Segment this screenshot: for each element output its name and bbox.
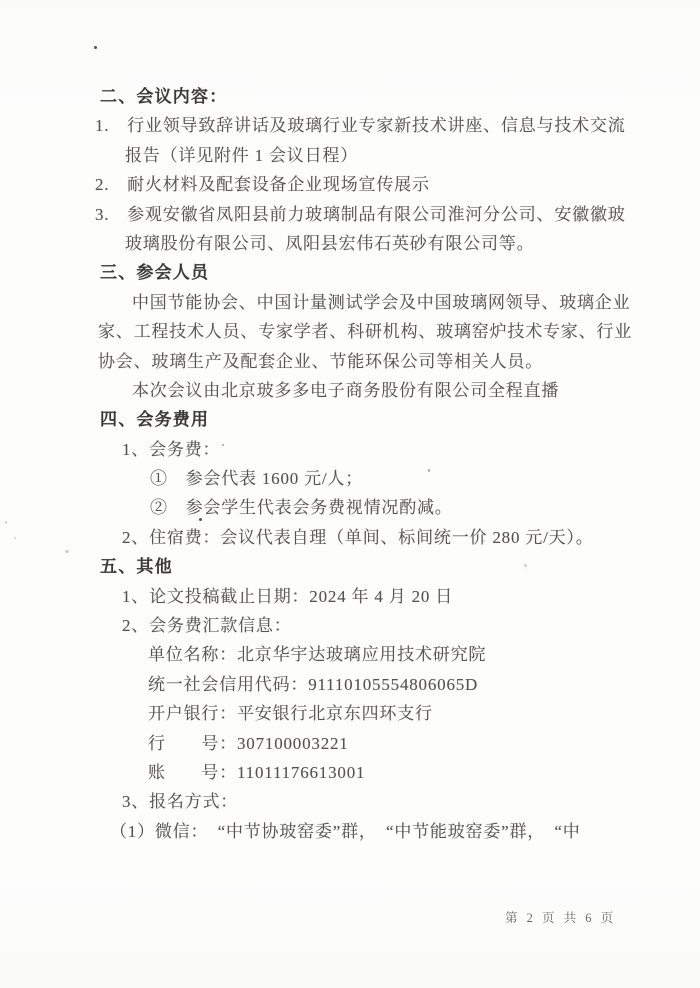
scan-speckle <box>428 469 430 472</box>
document-line: 2. 耐火材料及配套设备企业现场宣传展示 <box>95 170 700 199</box>
document-line: 3、报名方式： <box>122 787 700 816</box>
document-line: 报告（详见附件 1 会议日程） <box>125 141 700 170</box>
document-line: ① 参会代表 1600 元/人； <box>150 464 700 493</box>
scan-speckle <box>483 540 485 542</box>
document-line: 玻璃股份有限公司、凤阳县宏伟石英砂有限公司等。 <box>125 229 700 258</box>
document-line: （1）微信： “中节协玻窑委”群， “中节能玻窑委”群， “中 <box>110 817 700 846</box>
scan-speckle <box>14 537 16 539</box>
scan-speckle <box>65 550 69 553</box>
document-line: 三、参会人员 <box>100 258 700 287</box>
document-line: 统一社会信用代码：91110105554806065D <box>148 670 700 699</box>
document-line: 1. 行业领导致辞讲话及玻璃行业专家新技术讲座、信息与技术交流 <box>95 111 700 140</box>
document-body: 二、会议内容：1. 行业领导致辞讲话及玻璃行业专家新技术讲座、信息与技术交流报告… <box>0 82 700 846</box>
document-line: 2、会务费汇款信息： <box>122 611 700 640</box>
document-line: 行 号：307100003221 <box>148 729 700 758</box>
scan-speckle <box>5 521 7 524</box>
document-line: ② 参会学生代表会务费视情况酌减。 <box>150 493 700 522</box>
document-line: 单位名称：北京华宇达玻璃应用技术研究院 <box>148 640 700 669</box>
document-line: 3. 参观安徽省凤阳县前力玻璃制品有限公司淮河分公司、安徽徽玻 <box>95 200 700 229</box>
document-line: 五、其他 <box>100 552 700 581</box>
document-line: 四、会务费用 <box>100 405 700 434</box>
document-line: 中国节能协会、中国计量测试学会及中国玻璃网领导、玻璃企业 <box>132 288 700 317</box>
scan-speckle <box>199 518 202 521</box>
document-line: 2、住宿费：会议代表自理（单间、标间统一价 280 元/天）。 <box>122 523 700 552</box>
document-line: 1、会务费： <box>122 435 700 464</box>
document-line: 本次会议由北京玻多多电子商务股份有限公司全程直播 <box>132 376 700 405</box>
document-line: 家、工程技术人员、专家学者、科研机构、玻璃窑炉技术专家、行业 <box>98 317 700 346</box>
scan-speckle <box>94 46 97 49</box>
document-line: 二、会议内容： <box>100 82 700 111</box>
scanned-document-page: 二、会议内容：1. 行业领导致辞讲话及玻璃行业专家新技术讲座、信息与技术交流报告… <box>0 0 700 988</box>
document-line: 协会、玻璃生产及配套企业、节能环保公司等相关人员。 <box>98 347 700 376</box>
document-line: 1、论文投稿截止日期：2024 年 4 月 20 日 <box>122 582 700 611</box>
page-number: 第 2 页 共 6 页 <box>505 908 616 926</box>
scan-speckle <box>222 444 224 446</box>
document-line: 账 号：11011176613001 <box>148 758 700 787</box>
scan-speckle <box>524 564 527 567</box>
document-line: 开户银行：平安银行北京东四环支行 <box>148 699 700 728</box>
